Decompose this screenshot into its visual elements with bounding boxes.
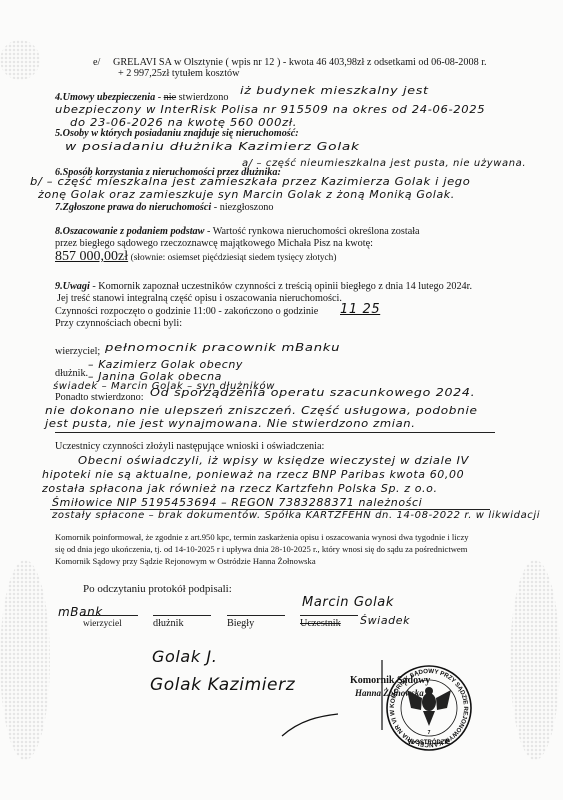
additional-hw-1: Od sporządzenia operatu szacunkowego 202… <box>150 386 475 399</box>
creditor-signature: mBank <box>58 605 103 619</box>
scan-noise <box>0 40 40 80</box>
end-time-handwritten: 11 25 <box>340 302 380 317</box>
additional-hw-2: nie dokonano nie ulepszeń zniszczeń. Czę… <box>45 404 478 417</box>
section9-line3: Czynności rozpoczęto o godzinie 11:00 - … <box>55 306 318 318</box>
additional-label: Ponadto stwierdzono: <box>55 392 144 404</box>
section8-line1: - Wartość rynkowa nieruchomości określon… <box>207 226 420 237</box>
section9-line1: - Komornik zapoznał uczestników czynnośc… <box>92 281 472 292</box>
divider-line <box>55 432 495 433</box>
signature-line-participant <box>300 615 358 616</box>
section9-heading: 9.Uwagi <box>55 281 90 292</box>
section5-hw: w posiadaniu dłużnika Kazimierz Golak <box>65 140 360 153</box>
seal-number: 7 <box>428 730 431 736</box>
statements-hw-4: Śmiłowice NIP 5195453694 – REGON 7383288… <box>52 496 422 509</box>
signature-flourish <box>280 710 340 740</box>
section8-heading: 8.Oszacowanie z podaniem podstaw <box>55 226 204 237</box>
scan-noise <box>510 560 560 760</box>
scan-noise <box>0 560 50 760</box>
amount-in-words: (słownie: osiemset pięćdziesiąt siedem t… <box>131 253 337 263</box>
signature-line-debtor <box>153 615 211 616</box>
debtor-signature-1: Golak J. <box>152 647 217 666</box>
section7-value: - niezgłoszono <box>214 202 274 213</box>
statements-hw-1: Obecni oświadczyli, iż wpisy w księdze w… <box>78 454 469 467</box>
section5-heading: 5.Osoby w których posiadaniu znajduje si… <box>55 128 299 140</box>
debtor-label: dłużnik. <box>55 368 88 380</box>
section6-hw-1: a/ – część nieumieszkalna jest pusta, ni… <box>242 158 526 169</box>
section4-heading: 4.Umowy ubezpieczenia <box>55 92 155 103</box>
witness-signature: Marcin Golak <box>302 595 394 610</box>
label-creditor: wierzyciel <box>83 618 122 630</box>
section4-hw-1: iż budynek mieszkalny jest <box>240 84 429 97</box>
creditor-hw: pełnomocnik pracownik mBanku <box>105 341 340 354</box>
valuation-amount: 857 000,00zł <box>55 249 128 264</box>
statements-hw-2: hipoteki nie są aktualne, ponieważ na rz… <box>42 468 464 481</box>
label-expert: Biegły <box>227 618 254 630</box>
item-marker: e/ <box>93 57 100 69</box>
notice-line3: Komornik Sądowy przy Sądzie Rejonowym w … <box>55 555 316 567</box>
signatures-heading: Po odczytaniu protokół podpisali: <box>83 583 232 595</box>
official-seal: KOMORNIK SĄDOWY PRZY SĄDZIE REJONOWYM KA… <box>385 664 473 752</box>
section7-heading: 7.Zgłoszone prawa do nieruchomości <box>55 202 211 213</box>
struck-word: nie <box>164 92 176 103</box>
debtor-signature-2: Golak Kazimierz <box>150 675 295 695</box>
notice-line1: Komornik poinformował, że zgodnie z art.… <box>55 531 469 543</box>
section4-hw-2: ubezpieczony w InterRisk Polisa nr 91550… <box>55 103 485 116</box>
section4-after: stwierdzono <box>179 92 229 103</box>
section6-hw-3: żonę Golak oraz zamieszkuje syn Marcin G… <box>38 188 455 201</box>
notice-line2: się od dnia jego ukończenia, tj. od 14-1… <box>55 543 467 555</box>
section9-line2: Jej treść stanowi integralną część opisu… <box>57 293 342 305</box>
creditor-label: wierzyciel; <box>55 346 100 358</box>
witness-replacement-label: Świadek <box>360 614 410 627</box>
seal-bottom-text: W OSTRÓDZIE <box>408 738 450 746</box>
statements-hw-3: została spłacona jak również na rzecz Ka… <box>42 482 438 495</box>
signature-line-expert <box>227 615 285 616</box>
costs-line: + 2 997,25zł tytułem kosztów <box>118 68 239 80</box>
section9-line4: Przy czynnościach obecni byli: <box>55 318 182 330</box>
signature-line-creditor <box>80 615 138 616</box>
section6-hw-2: b/ – część mieszkalna jest zamieszkała p… <box>30 175 470 188</box>
label-debtor: dłużnik <box>153 618 184 630</box>
statements-label: Uczestnicy czynności złożyli następujące… <box>55 441 324 453</box>
statements-hw-5: zostały spłacone – brak dokumentów. Spół… <box>52 510 540 521</box>
additional-hw-3: jest pusta, nie jest wynajmowana. Nie st… <box>45 417 416 430</box>
label-participant: Uczestnik <box>300 618 341 630</box>
document-page: e/ GRELAVI SA w Olsztynie ( wpis nr 12 )… <box>0 0 563 800</box>
